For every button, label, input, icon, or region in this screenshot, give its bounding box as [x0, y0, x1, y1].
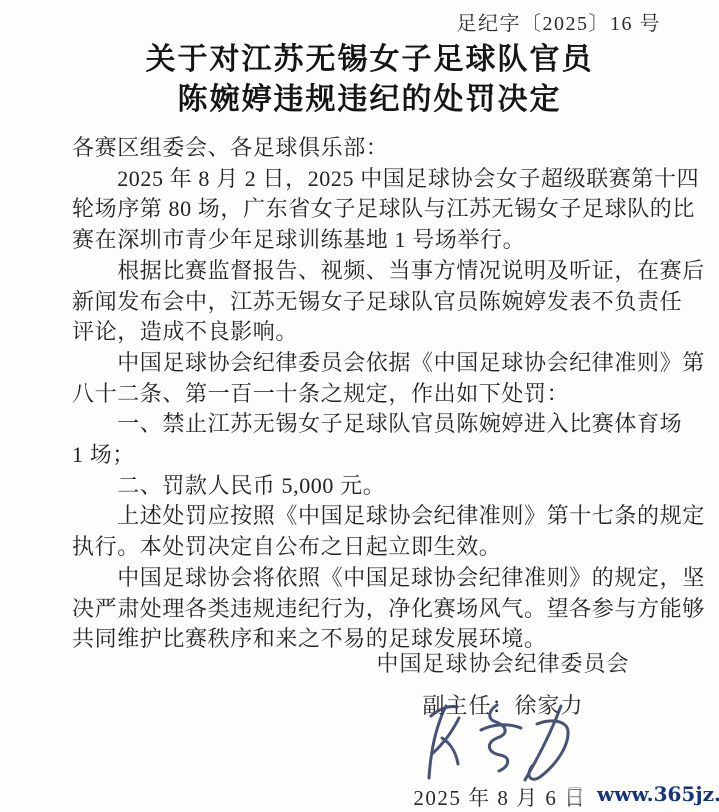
handwritten-signature	[408, 700, 600, 784]
body-line: 上述处罚应按照《中国足球协会纪律准则》第十七条的规定	[72, 501, 702, 532]
body-line: 中国足球协会纪律委员会依据《中国足球协会纪律准则》第	[72, 348, 702, 379]
body-line: 评论，造成不良影响。	[72, 317, 702, 348]
body-line: 赛在深圳市青少年足球训练基地 1 号场举行。	[72, 225, 702, 256]
scan-artifact	[569, 787, 582, 804]
body-line: 2025 年 8 月 2 日，2025 中国足球协会女子超级联赛第十四	[72, 164, 702, 195]
doc-title-line-2: 陈婉婷违规违纪的处罚决定	[20, 80, 719, 120]
body-line: 根据比赛监督报告、视频、当事方情况说明及听证，在赛后	[72, 256, 702, 287]
doc-title-line-1: 关于对江苏无锡女子足球队官员	[20, 40, 719, 80]
body-line: 轮场序第 80 场，广东省女子足球队与江苏无锡女子足球队的比	[72, 194, 702, 225]
signing-organization: 中国足球协会纪律委员会	[327, 647, 679, 678]
doc-number: 足纪字〔2025〕16 号	[457, 7, 662, 36]
body-line: 决严肃处理各类违规违纪行为，净化赛场风气。望各参与方能够	[72, 594, 702, 625]
body-line: 各赛区组委会、各足球俱乐部：	[72, 133, 702, 164]
body-line: 执行。本处罚决定自公布之日起立即生效。	[72, 532, 702, 563]
doc-body: 各赛区组委会、各足球俱乐部： 2025 年 8 月 2 日，2025 中国足球协…	[72, 133, 702, 655]
document-page: 足纪字〔2025〕16 号 关于对江苏无锡女子足球队官员 陈婉婷违规违纪的处罚决…	[0, 0, 719, 812]
body-line: 一、禁止江苏无锡女子足球队官员陈婉婷进入比赛体育场	[72, 409, 702, 440]
watermark-url: www.365jz.com	[597, 782, 719, 806]
body-line: 1 场；	[72, 440, 702, 471]
body-line: 二、罚款人民币 5,000 元。	[72, 471, 702, 502]
body-line: 新闻发布会中，江苏无锡女子足球队官员陈婉婷发表不负责任	[72, 287, 702, 318]
body-line: 八十二条、第一百一十条之规定，作出如下处罚：	[72, 379, 702, 410]
doc-title: 关于对江苏无锡女子足球队官员 陈婉婷违规违纪的处罚决定	[20, 40, 719, 120]
body-line: 中国足球协会将依照《中国足球协会纪律准则》的规定，坚	[72, 563, 702, 594]
